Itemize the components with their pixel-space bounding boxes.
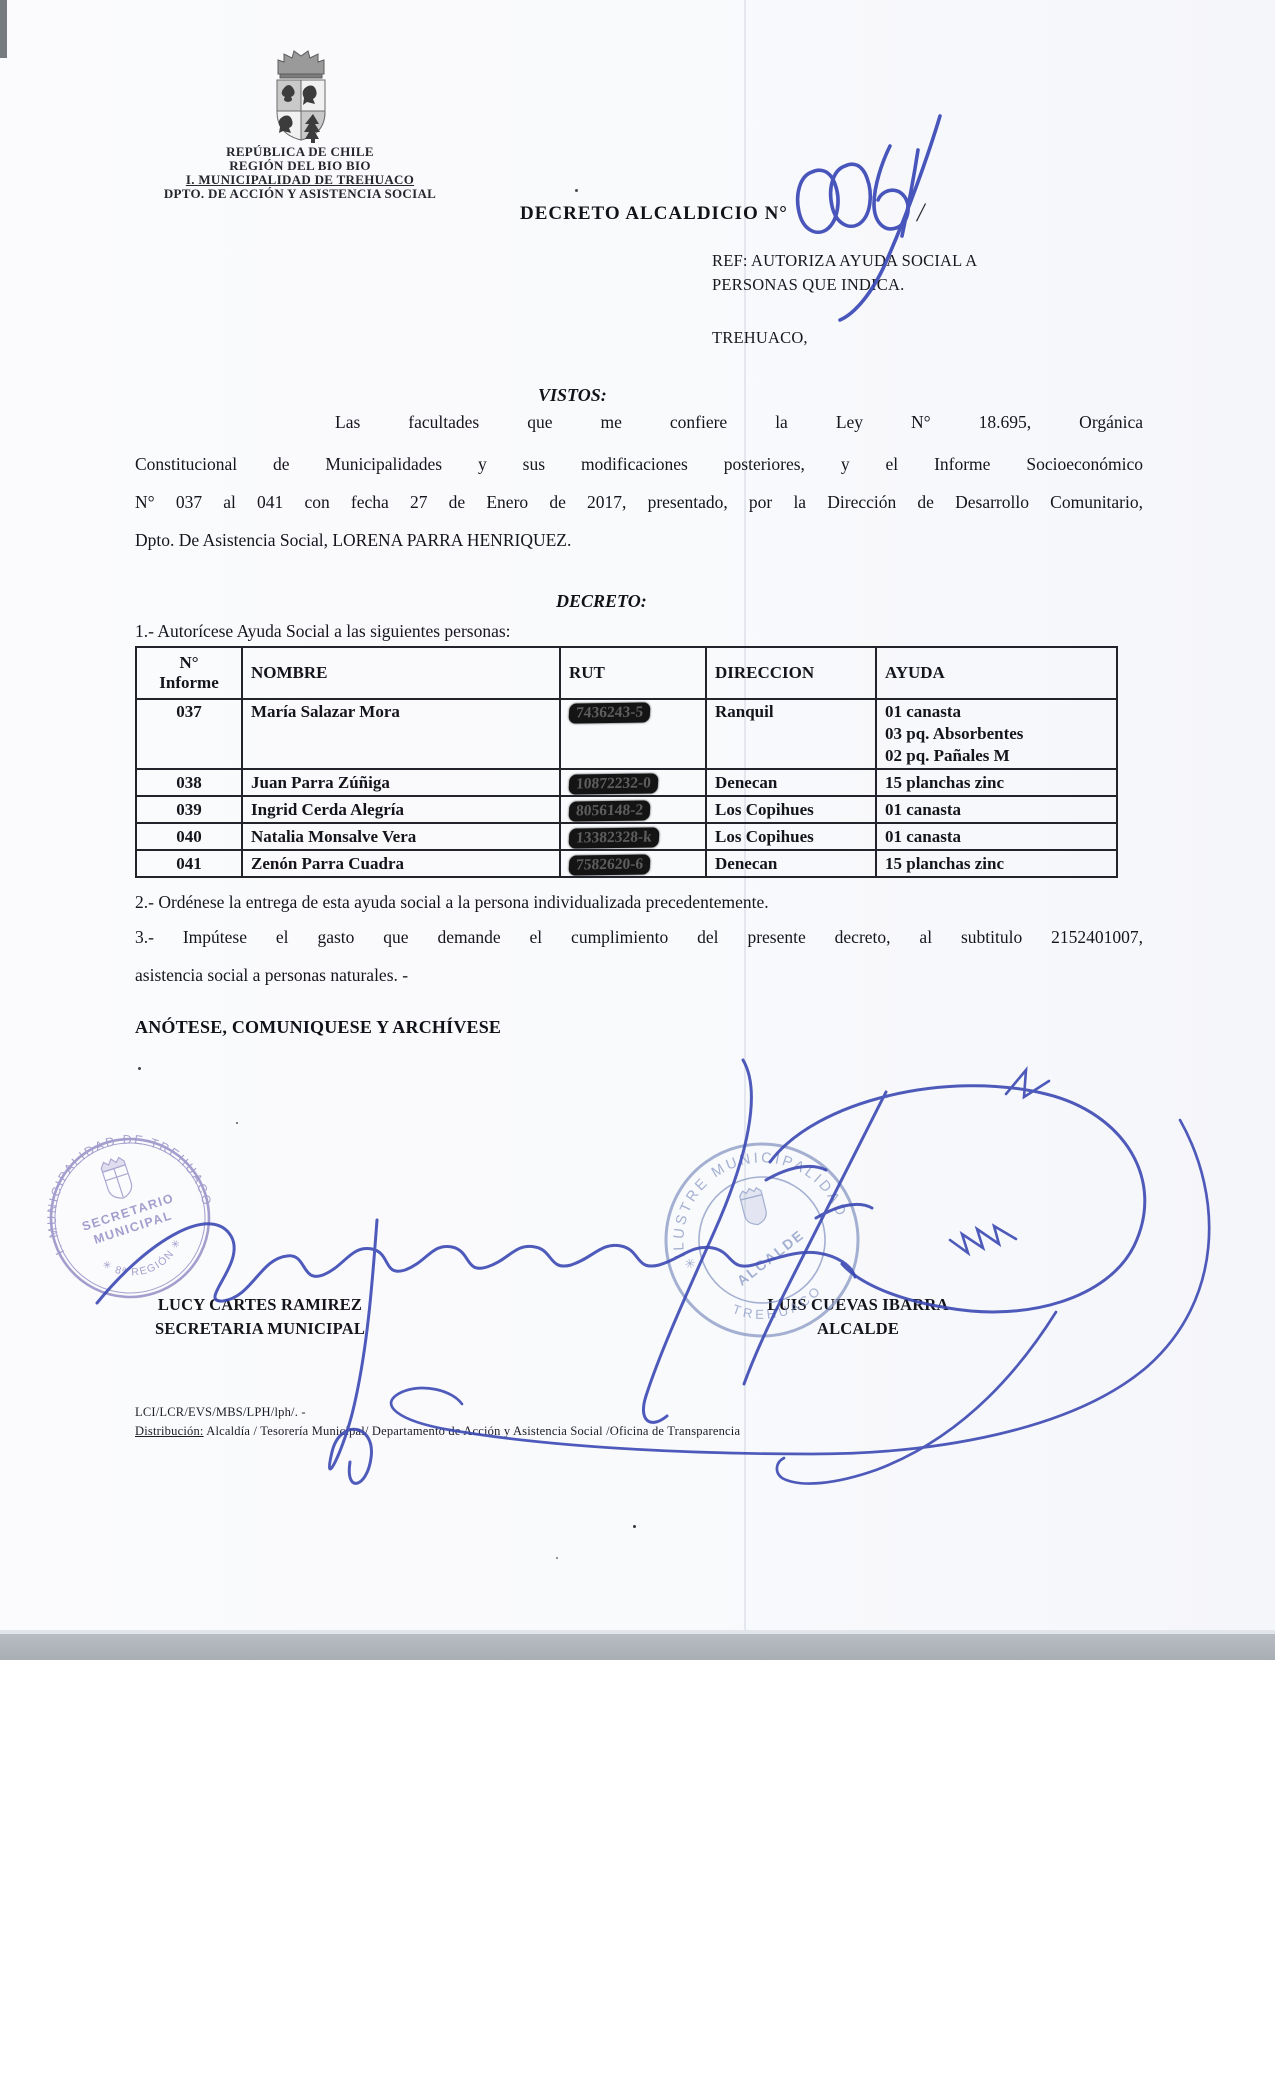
point-3-line-1: 3.- Impútese el gasto que demande el cum…	[135, 927, 1143, 969]
scan-speck	[575, 189, 578, 192]
distribution-label: Distribución:	[135, 1424, 204, 1438]
scan-speck	[556, 1557, 558, 1559]
redaction-bar: 7436243-5	[568, 702, 650, 723]
cell-nombre: Natalia Monsalve Vera	[242, 823, 560, 850]
decreto-label: DECRETO:	[556, 591, 647, 612]
secretary-name: LUCY CARTES RAMIREZ	[145, 1295, 375, 1315]
table-header-row: N°Informe NOMBRE RUT DIRECCION AYUDA	[136, 647, 1117, 699]
table-row: 037 María Salazar Mora 7436243-5 Ranquil…	[136, 699, 1117, 769]
table-row: 039 Ingrid Cerda Alegría 8056148-2 Los C…	[136, 796, 1117, 823]
decree-title: DECRETO ALCALDICIO N°	[520, 203, 788, 225]
scan-corner-artifact	[0, 0, 7, 58]
cell-rut: 7436243-5	[560, 699, 706, 769]
cell-nombre: Ingrid Cerda Alegría	[242, 796, 560, 823]
redaction-bar: 10872232-0	[568, 773, 658, 794]
cell-direccion: Denecan	[706, 850, 876, 877]
mayor-title: ALCALDE	[738, 1319, 978, 1339]
cell-ayuda: 15 planchas zinc	[876, 769, 1117, 796]
cell-rut: 10872232-0	[560, 769, 706, 796]
cell-direccion: Los Copihues	[706, 823, 876, 850]
scanned-document-page: REPÚBLICA DE CHILE REGIÓN DEL BIO BIO I.…	[0, 0, 1275, 2100]
cell-informe: 039	[136, 796, 242, 823]
vistos-line-2: Constitucional de Municipalidades y sus …	[135, 454, 1143, 496]
header-ayuda: AYUDA	[876, 647, 1117, 699]
letterhead-line-1: REPÚBLICA DE CHILE	[115, 145, 485, 159]
vistos-line-1: Las facultades que me confiere la Ley N°…	[135, 412, 1143, 454]
cell-direccion: Los Copihues	[706, 796, 876, 823]
cell-direccion: Denecan	[706, 769, 876, 796]
point-3-line-2: asistencia social a personas naturales. …	[135, 965, 408, 986]
cell-rut: 8056148-2	[560, 796, 706, 823]
vistos-line-4: Dpto. De Asistencia Social, LORENA PARRA…	[135, 530, 571, 551]
table-row: 040 Natalia Monsalve Vera 13382328-k Los…	[136, 823, 1117, 850]
cell-ayuda: 01 canasta 03 pq. Absorbentes 02 pq. Pañ…	[876, 699, 1117, 769]
ref-line-1: REF: AUTORIZA AYUDA SOCIAL A	[712, 251, 977, 271]
place-line: TREHUACO,	[712, 328, 808, 348]
closing-formula: ANÓTESE, COMUNIQUESE Y ARCHÍVESE	[135, 1017, 501, 1038]
secretary-title: SECRETARIA MUNICIPAL	[145, 1319, 375, 1339]
scan-speck	[633, 1525, 636, 1528]
scan-speck	[236, 1122, 238, 1124]
page-bottom-edge-shadow	[0, 1634, 1275, 1660]
cell-ayuda: 01 canasta	[876, 823, 1117, 850]
mayor-name: LUIS CUEVAS IBARRA	[738, 1295, 978, 1315]
cell-informe: 037	[136, 699, 242, 769]
ref-line-2: PERSONAS QUE INDICA.	[712, 275, 904, 295]
vistos-label: VISTOS:	[538, 385, 607, 406]
cell-informe: 040	[136, 823, 242, 850]
vistos-line-3: N° 037 al 041 con fecha 27 de Enero de 2…	[135, 492, 1143, 534]
decree-printed-slash: /	[917, 198, 924, 228]
cell-direccion: Ranquil	[706, 699, 876, 769]
cell-nombre: Zenón Parra Cuadra	[242, 850, 560, 877]
point-1: 1.- Autorícese Ayuda Social a las siguie…	[135, 621, 511, 642]
cell-rut: 7582620-6	[560, 850, 706, 877]
letterhead-line-4: DPTO. DE ACCIÓN Y ASISTENCIA SOCIAL	[115, 187, 485, 201]
header-informe: N°Informe	[136, 647, 242, 699]
point-2: 2.- Ordénese la entrega de esta ayuda so…	[135, 892, 769, 913]
cell-ayuda: 15 planchas zinc	[876, 850, 1117, 877]
cell-informe: 041	[136, 850, 242, 877]
distribution-text: Alcaldía / Tesorería Municipal/ Departam…	[204, 1424, 741, 1438]
footer-initials: LCI/LCR/EVS/MBS/LPH/lph/. -	[135, 1405, 306, 1420]
header-nombre: NOMBRE	[242, 647, 560, 699]
cell-informe: 038	[136, 769, 242, 796]
redaction-bar: 8056148-2	[568, 800, 650, 821]
municipal-crest-logo	[270, 50, 332, 144]
header-rut: RUT	[560, 647, 706, 699]
cell-nombre: María Salazar Mora	[242, 699, 560, 769]
table-row: 038 Juan Parra Zúñiga 10872232-0 Denecan…	[136, 769, 1117, 796]
letterhead-line-2: REGIÓN DEL BIO BIO	[115, 159, 485, 173]
scan-background: REPÚBLICA DE CHILE REGIÓN DEL BIO BIO I.…	[0, 0, 1275, 1634]
redaction-bar: 13382328-k	[568, 827, 659, 848]
cell-nombre: Juan Parra Zúñiga	[242, 769, 560, 796]
letterhead-line-3: I. MUNICIPALIDAD DE TREHUACO	[115, 173, 485, 187]
header-direccion: DIRECCION	[706, 647, 876, 699]
footer-distribution: Distribución: Alcaldía / Tesorería Munic…	[135, 1424, 740, 1439]
redaction-bar: 7582620-6	[568, 854, 650, 875]
scan-speck	[138, 1067, 141, 1070]
table-row: 041 Zenón Parra Cuadra 7582620-6 Denecan…	[136, 850, 1117, 877]
cell-ayuda: 01 canasta	[876, 796, 1117, 823]
cell-rut: 13382328-k	[560, 823, 706, 850]
aid-table: N°Informe NOMBRE RUT DIRECCION AYUDA 037…	[135, 646, 1118, 878]
